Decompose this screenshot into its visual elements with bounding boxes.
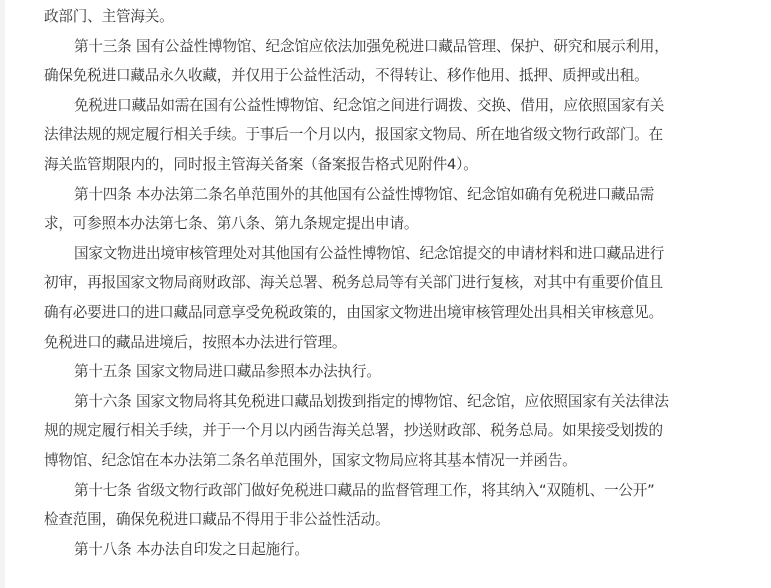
- paragraph-article-13: 第十三条 国有公益性博物馆、纪念馆应依法加强免税进口藏品管理、保护、研究和展示利…: [44, 32, 744, 91]
- text-line: 免税进口藏品如需在国有公益性博物馆、纪念馆之间进行调拨、交换、借用，应依照国家有…: [44, 91, 744, 121]
- text-line: 法律法规的规定履行相关手续。于事后一个月以内，报国家文物局、所在地省级文物行政部…: [44, 120, 744, 150]
- text-line: 规的规定履行相关手续，并于一个月以内函告海关总署，抄送财政部、税务总局。如果接受…: [44, 416, 744, 446]
- text-line: 求，可参照本办法第七条、第八条、第九条规定提出申请。: [44, 209, 744, 239]
- paragraph-article-16: 第十六条 国家文物局将其免税进口藏品划拨到指定的博物馆、纪念馆，应依照国家有关法…: [44, 387, 744, 476]
- text-line: 确有必要进口的进口藏品同意享受免税政策的，由国家文物进出境审核管理处出具相关审核…: [44, 298, 744, 328]
- text-line: 确保免税进口藏品永久收藏，并仅用于公益性活动，不得转让、移作他用、抵押、质押或出…: [44, 61, 744, 91]
- text-line: 第十六条 国家文物局将其免税进口藏品划拨到指定的博物馆、纪念馆，应依照国家有关法…: [44, 387, 744, 417]
- article-body: 政部门、主管海关。 第十三条 国有公益性博物馆、纪念馆应依法加强免税进口藏品管理…: [44, 2, 744, 564]
- text-line: 海关监管期限内的，同时报主管海关备案（备案报告格式见附件4）。: [44, 150, 744, 180]
- text-line: 国家文物进出境审核管理处对其他国有公益性博物馆、纪念馆提交的申请材料和进口藏品进…: [44, 239, 744, 269]
- paragraph-transfer-procedure: 免税进口藏品如需在国有公益性博物馆、纪念馆之间进行调拨、交换、借用，应依照国家有…: [44, 91, 744, 180]
- paragraph-review-process: 国家文物进出境审核管理处对其他国有公益性博物馆、纪念馆提交的申请材料和进口藏品进…: [44, 239, 744, 357]
- text-line: 第十八条 本办法自印发之日起施行。: [44, 535, 744, 565]
- text-line: 初审，再报国家文物局商财政部、海关总署、税务总局等有关部门进行复核，对其中有重要…: [44, 268, 744, 298]
- paragraph-ending-previous: 政部门、主管海关。: [44, 2, 744, 32]
- text-line: 第十七条 省级文物行政部门做好免税进口藏品的监督管理工作，将其纳入“双随机、一公…: [44, 476, 744, 506]
- paragraph-article-17: 第十七条 省级文物行政部门做好免税进口藏品的监督管理工作，将其纳入“双随机、一公…: [44, 476, 744, 535]
- paragraph-article-18: 第十八条 本办法自印发之日起施行。: [44, 535, 744, 565]
- text-line: 第十四条 本办法第二条名单范围外的其他国有公益性博物馆、纪念馆如确有免税进口藏品…: [44, 180, 744, 210]
- text-line: 第十五条 国家文物局进口藏品参照本办法执行。: [44, 357, 744, 387]
- text-line: 免税进口的藏品进境后，按照本办法进行管理。: [44, 328, 744, 358]
- text-line: 政部门、主管海关。: [44, 2, 744, 32]
- text-line: 第十三条 国有公益性博物馆、纪念馆应依法加强免税进口藏品管理、保护、研究和展示利…: [44, 32, 744, 62]
- text-line: 检查范围，确保免税进口藏品不得用于非公益性活动。: [44, 505, 744, 535]
- text-line: 博物馆、纪念馆在本办法第二条名单范围外，国家文物局应将其基本情况一并函告。: [44, 446, 744, 476]
- page-edge: [0, 0, 5, 588]
- paragraph-article-14: 第十四条 本办法第二条名单范围外的其他国有公益性博物馆、纪念馆如确有免税进口藏品…: [44, 180, 744, 239]
- paragraph-article-15: 第十五条 国家文物局进口藏品参照本办法执行。: [44, 357, 744, 387]
